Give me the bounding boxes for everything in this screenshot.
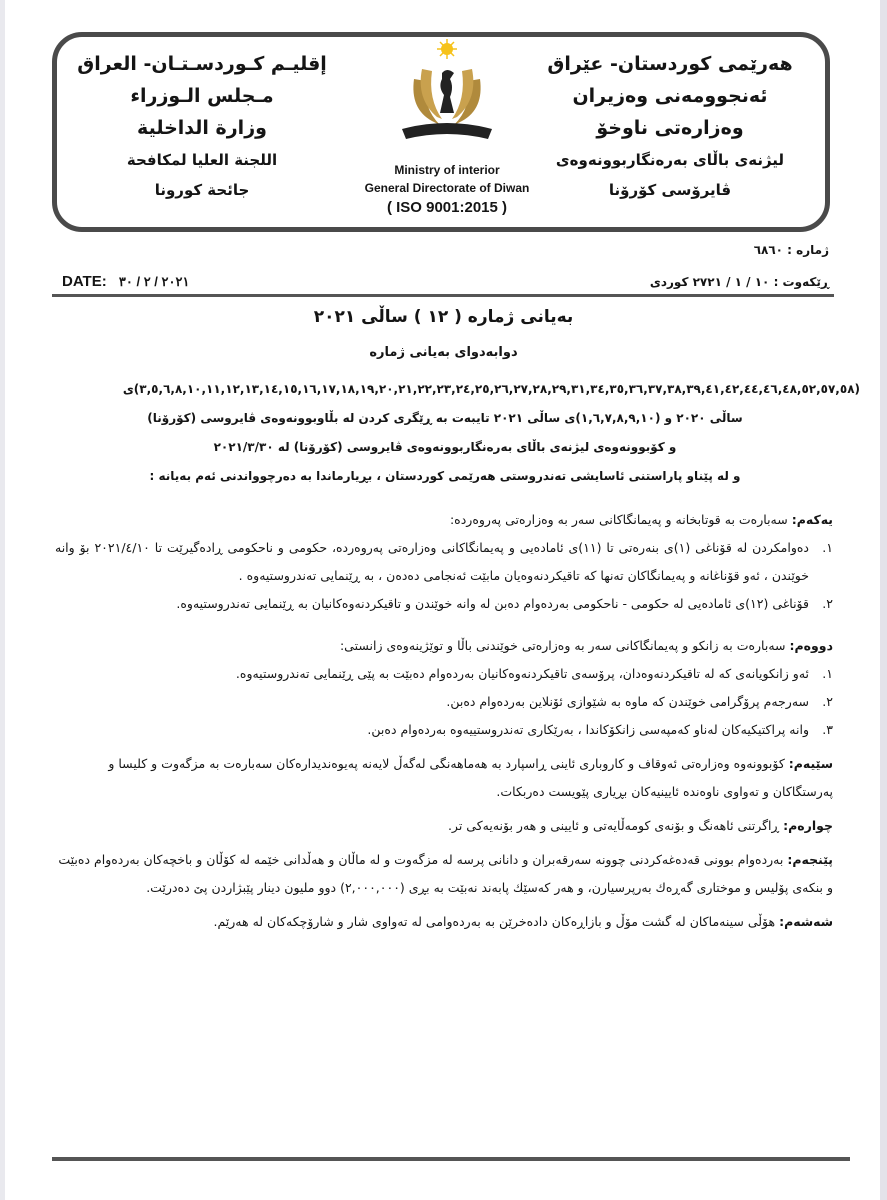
preamble-line: ساڵی ٢٠٢٠ و (١,٦,٧,٨,٩,١٠)ی ساڵی ٢٠٢١ تا…	[30, 404, 860, 433]
item-number: ٣.	[809, 716, 833, 744]
kurdistan-eagle-emblem-icon	[392, 39, 502, 149]
ministry-arabic: وزارة الداخلية	[77, 117, 327, 139]
divider-top	[52, 294, 834, 297]
section-label: شەشەم:	[779, 914, 833, 929]
section-label: سێیەم:	[789, 756, 833, 771]
committee-arabic: اللجنة العليا لمكافحة	[77, 151, 327, 169]
item-number: ٢.	[809, 590, 833, 618]
statement-title: بەیانی ژمارە ( ١٢ ) ساڵی ٢٠٢١	[0, 307, 887, 327]
section-label: پێنجەم:	[787, 852, 833, 867]
section-text: کۆبوونەوە وەزارەتی ئەوقاف و کاروباری ئای…	[108, 756, 833, 799]
section-sixth: شەشەم: هۆڵی سینەماکان لە گشت مۆڵ و بازاڕ…	[55, 908, 833, 936]
council-arabic: مـجلس الـوزراء	[77, 85, 327, 107]
section-label: دووەم:	[790, 638, 834, 653]
preamble-line: و کۆبوونەوەی لیژنەی باڵای بەرەنگاربوونەو…	[30, 433, 860, 462]
page-edge-right	[880, 0, 887, 1200]
statement-subtitle: دوابەدوای بەیانی ژمارە	[0, 345, 887, 360]
section-text: ڕاگرتنی ئاهەنگ و بۆنەی کومەڵایەتی و ئایی…	[448, 818, 783, 833]
ministry-kurdish: وەزارەتی ناوخۆ	[535, 117, 805, 139]
region-arabic: إقليـم كـوردسـتـان- العراق	[77, 53, 327, 75]
section-second: دووەم: سەبارەت بە زانکو و پەیمانگاکانی س…	[55, 632, 833, 660]
list-item: ١. دەوامکردن لە قۆناغی (١)ی بنەرەتی تا (…	[55, 534, 833, 590]
committee-arabic-2: جائحة كورونا	[77, 181, 327, 199]
section-first: یەکەم: سەبارەت بە قوتابخانە و پەیمانگاکا…	[55, 506, 833, 534]
letterhead-arabic: إقليـم كـوردسـتـان- العراق مـجلس الـوزرا…	[77, 49, 327, 199]
committee-kurdish: لیژنەی باڵای بەرەنگاربوونەوەی	[535, 151, 805, 169]
item-text: وانە پراکتیکیەکان لەناو کەمپەسی زانکۆکان…	[55, 716, 809, 744]
statement-body: یەکەم: سەبارەت بە قوتابخانە و پەیمانگاکا…	[55, 506, 833, 936]
item-text: قۆناغی (١٢)ی ئامادەیی لە حکومی - ناحکومی…	[55, 590, 809, 618]
letterhead-center: Ministry of interior General Directorate…	[357, 39, 537, 216]
divider-bottom	[52, 1157, 850, 1161]
list-item: ٢. قۆناغی (١٢)ی ئامادەیی لە حکومی - ناحک…	[55, 590, 833, 618]
list-item: ٢. سەرجەم پرۆگرامی خوێندن کە ماوە بە شێو…	[55, 688, 833, 716]
item-text: سەرجەم پرۆگرامی خوێندن کە ماوە بە شێوازی…	[55, 688, 809, 716]
date-label: DATE:	[62, 273, 107, 290]
item-number: ٢.	[809, 688, 833, 716]
section-text: هۆڵی سینەماکان لە گشت مۆڵ و بازاڕەکان دا…	[214, 914, 780, 929]
section-third: سێیەم: کۆبوونەوە وەزارەتی ئەوقاف و کاروب…	[55, 750, 833, 806]
region-kurdish: هەرێمی کوردستان- عێراق	[535, 53, 805, 75]
preamble-line: و لە پێناو پاراستنی ئاسایشی تەندروستی هە…	[30, 462, 860, 491]
council-kurdish: ئەنجوومەنی وەزیران	[535, 85, 805, 107]
section-text: سەبارەت بە زانکو و پەیمانگاکانی سەر بە و…	[340, 638, 790, 653]
iso-certification: ( ISO 9001:2015 )	[357, 199, 537, 216]
section-fourth: چوارەم: ڕاگرتنی ئاهەنگ و بۆنەی کومەڵایەت…	[55, 812, 833, 840]
date-gregorian: DATE: ٢٠٢١ / ٢ / ٣٠	[62, 273, 189, 290]
statement-preamble: (٣,٥,٦,٨,١٠,١١,١٢,١٣,١٤,١٥,١٦,١٧,١٨,١٩,٢…	[30, 375, 860, 491]
letterhead-kurdish: هەرێمی کوردستان- عێراق ئەنجوومەنی وەزیرا…	[535, 49, 805, 199]
list-item: ١. ئەو زانکویانەی کە لە تاقیکردنەوەدان، …	[55, 660, 833, 688]
section-fifth: پێنجەم: بەردەوام بوونی قەدەغەکردنی چوونە…	[55, 846, 833, 902]
page-edge-left	[0, 0, 5, 1200]
date-kurdish: ڕێکەوت : ١٠ / ١ / ٢٧٢١ کوردی	[650, 275, 829, 289]
item-number: ١.	[809, 534, 833, 590]
section-label: یەکەم:	[792, 512, 833, 527]
committee-kurdish-2: ڤایرۆسی کۆرۆنا	[535, 181, 805, 199]
preamble-line: (٣,٥,٦,٨,١٠,١١,١٢,١٣,١٤,١٥,١٦,١٧,١٨,١٩,٢…	[30, 375, 860, 404]
date-value: ٢٠٢١ / ٢ / ٣٠	[119, 274, 190, 289]
reference-number: ژمارە : ٦٨٦٠	[754, 243, 829, 257]
section-text: بەردەوام بوونی قەدەغەکردنی چوونە سەرقەبر…	[58, 852, 833, 895]
letterhead: هەرێمی کوردستان- عێراق ئەنجوومەنی وەزیرا…	[52, 32, 830, 232]
section-text: سەبارەت بە قوتابخانە و پەیمانگاکانی سەر …	[450, 512, 792, 527]
section-label: چوارەم:	[783, 818, 833, 833]
item-text: ئەو زانکویانەی کە لە تاقیکردنەوەدان، پرۆ…	[55, 660, 809, 688]
list-item: ٣. وانە پراکتیکیەکان لەناو کەمپەسی زانکۆ…	[55, 716, 833, 744]
ministry-english: Ministry of interior	[357, 163, 537, 177]
item-text: دەوامکردن لە قۆناغی (١)ی بنەرەتی تا (١١)…	[55, 534, 809, 590]
directorate-english: General Directorate of Diwan	[357, 181, 537, 195]
item-number: ١.	[809, 660, 833, 688]
